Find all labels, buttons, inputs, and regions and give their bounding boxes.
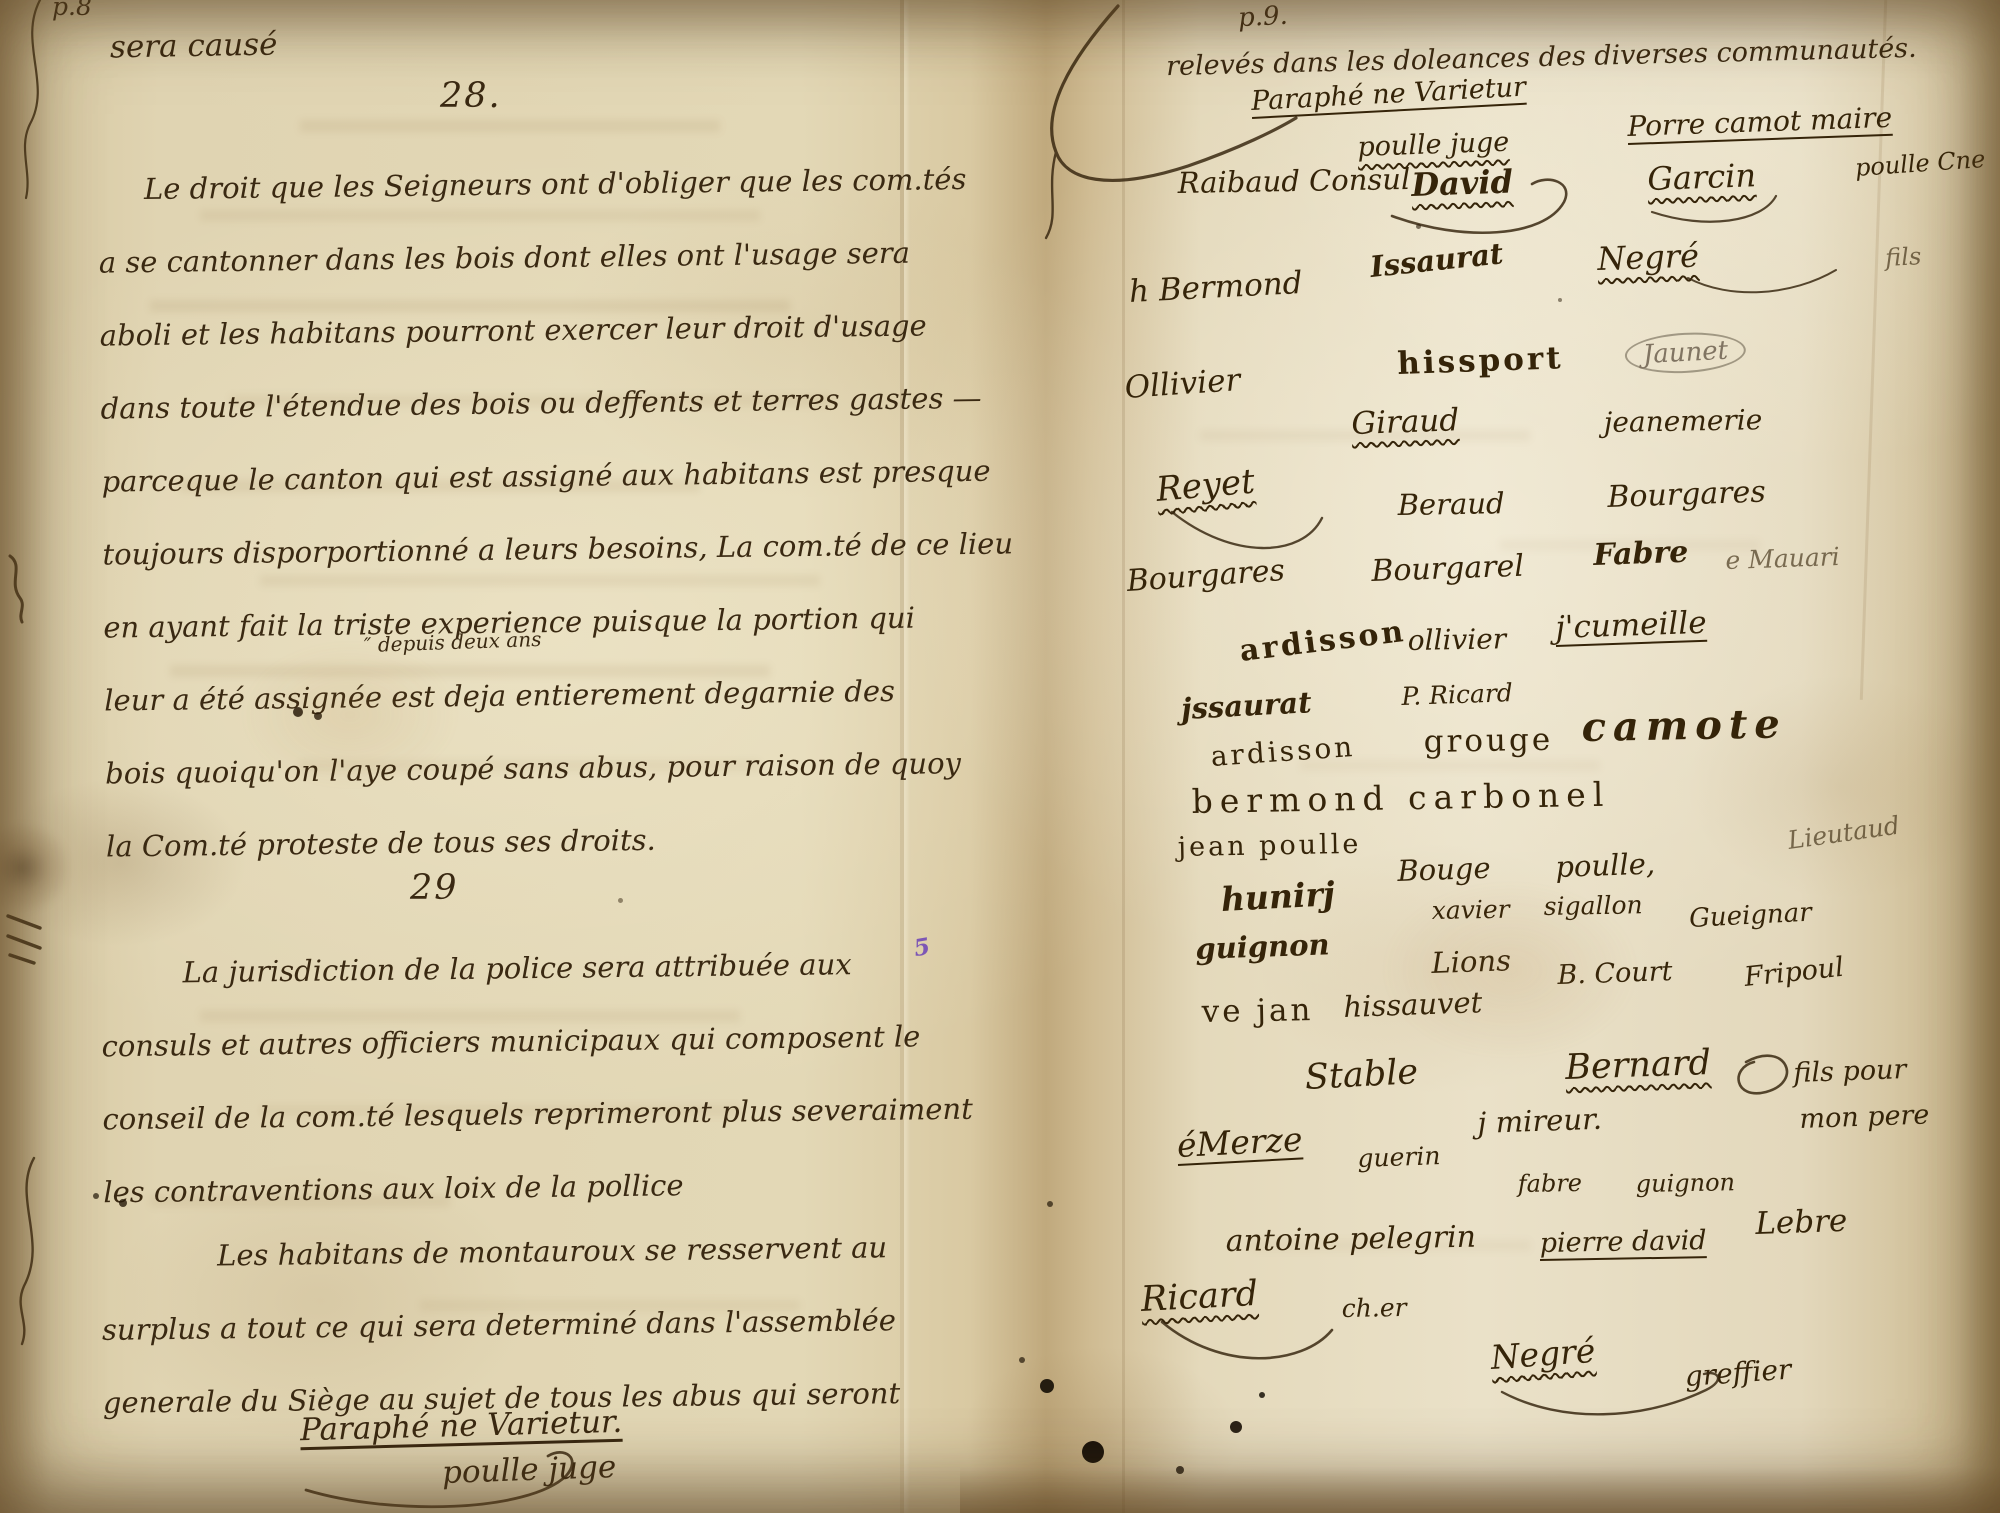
article-29-number: 29 (410, 868, 459, 908)
signature: poulle, (1555, 847, 1656, 884)
ink-spot (1230, 1421, 1242, 1433)
article-29-text: La jurisdiction de la police sera attrib… (100, 927, 974, 1230)
signature: hissport (1397, 340, 1564, 382)
signature: j mireur. (1477, 1102, 1603, 1140)
edge-stain (0, 822, 72, 914)
manuscript-line: conseil de la com.té lesquels reprimeron… (102, 1073, 973, 1157)
page-number-right: p.9. (1237, 1, 1288, 34)
signature: Ricard (1140, 1274, 1259, 1320)
manuscript-line: Le droit que les Seigneurs ont d'obliger… (98, 142, 1009, 226)
signature: Negré (1489, 1331, 1596, 1377)
article-28-number: 28. (440, 76, 502, 116)
bottom-curl-shadow (960, 1467, 2000, 1513)
left-paraphe-judge-signature: poulle juge (441, 1449, 616, 1491)
signature: ardisson (1210, 730, 1357, 773)
signature: Bouge (1397, 851, 1491, 888)
signature: Issaurat (1368, 236, 1504, 284)
gutter-crease (1122, 0, 1125, 1513)
signature: fabre (1518, 1169, 1583, 1198)
signature: David (1411, 162, 1514, 204)
catchword: sera causé (110, 27, 278, 66)
ink-spot (1558, 298, 1562, 302)
signature: Jaunet (1624, 330, 1747, 376)
signature: Lieutaud (1786, 811, 1902, 855)
signature: hunirj (1220, 874, 1336, 919)
signature: Bourgarel (1371, 549, 1525, 589)
signature: Reyet (1155, 462, 1257, 510)
ink-spot (1019, 1357, 1025, 1363)
signature: jeanemerie (1603, 403, 1762, 439)
signature: greffier (1684, 1353, 1793, 1393)
signature: Fripoul (1743, 952, 1846, 993)
signature: guignon (1195, 927, 1330, 966)
ink-spot (1047, 1201, 1053, 1207)
signature: éMerze (1176, 1119, 1303, 1165)
signature: Bourgares (1126, 553, 1286, 599)
signature: ollivier (1407, 622, 1506, 657)
closing-text: Les habitans de montauroux se resservent… (101, 1211, 901, 1440)
ink-spot (1416, 224, 1421, 229)
signature: Stable (1304, 1052, 1419, 1098)
manuscript-line: surplus a tout ce qui sera determiné dan… (102, 1284, 900, 1367)
signature: pierre david (1539, 1225, 1706, 1259)
page-number-left: p.8 (52, 0, 92, 21)
ink-spot (1040, 1379, 1054, 1393)
signature: Beraud (1397, 486, 1504, 522)
manuscript-line: La jurisdiction de la police sera attrib… (100, 927, 971, 1011)
manuscript-line: dans toute l'étendue des bois ou deffent… (100, 361, 1011, 445)
ink-spot (1082, 1441, 1104, 1463)
ink-spot (618, 898, 623, 903)
manuscript-line: a se cantonner dans les bois dont elles … (98, 215, 1009, 299)
manuscript-line: aboli et les habitans pourront exercer l… (99, 288, 1010, 372)
manuscript-line: en ayant fait la triste experience puisq… (103, 580, 1014, 664)
manuscript-line: leur a été assignée est deja entierement… (104, 653, 1015, 737)
signature: fils pour (1793, 1054, 1907, 1089)
signature: Giraud (1351, 402, 1460, 442)
signature: Bernard (1565, 1043, 1712, 1088)
signature: Raibaud Consul (1177, 162, 1410, 200)
signature: Fabre (1593, 535, 1689, 573)
signature: ardisson (1238, 614, 1408, 669)
manuscript-spread: p.8 sera causé 28. Le droit que les Seig… (0, 0, 2000, 1513)
ink-spot (1259, 1392, 1265, 1398)
signature: camote (1581, 700, 1787, 751)
signature: Bourgares (1607, 474, 1766, 515)
right-page-header: relevés dans les doleances des diverses … (1166, 33, 1917, 82)
signature: bermond carbonel (1191, 775, 1610, 821)
signature: P. Ricard (1401, 678, 1513, 711)
signature: guignon (1636, 1168, 1736, 1198)
bleed-through-bar (300, 120, 720, 132)
signature: jssaurat (1180, 685, 1312, 726)
manuscript-line: bois quoiqu'on l'aye coupé sans abus, po… (105, 726, 1016, 810)
left-paraphe-line1: Paraphé ne Varietur. (300, 1404, 623, 1448)
manuscript-line: parceque le canton qui est assigné aux h… (101, 434, 1012, 518)
signature: mon pere (1799, 1099, 1930, 1135)
signature: jean poulle (1177, 829, 1361, 863)
manuscript-line: toujours disporportionné a leurs besoins… (102, 507, 1013, 591)
signature: fils (1885, 242, 1922, 272)
manuscript-line: la Com.té proteste de tous ses droits. (106, 799, 1017, 883)
signature: B. Court (1557, 956, 1673, 991)
signature: Negré (1597, 236, 1700, 278)
ink-spot (1176, 1466, 1184, 1474)
signature: ve jan (1201, 992, 1313, 1030)
signature: Porre camot maire (1627, 101, 1893, 143)
manuscript-line: Les habitans de montauroux se resservent… (101, 1211, 899, 1294)
signature: poulle Cne (1854, 145, 1986, 182)
ink-spot (93, 1193, 99, 1199)
signature: xavier (1431, 895, 1509, 925)
signature: Lebre (1755, 1203, 1848, 1242)
signature: Ollivier (1123, 362, 1241, 406)
signature: hissauvet (1343, 985, 1483, 1024)
article-28-text: Le droit que les Seigneurs ont d'obliger… (98, 142, 1017, 883)
signature: Gueignar (1688, 898, 1812, 934)
signature: guerin (1357, 1141, 1441, 1173)
signature: h Bermond (1128, 265, 1303, 310)
signature: antoine pelegrin (1225, 1220, 1476, 1259)
signature: Lions (1431, 943, 1512, 980)
manuscript-line: consuls et autres officiers municipaux q… (101, 1000, 972, 1084)
signature: grouge (1423, 722, 1553, 760)
signature: ch.er (1341, 1293, 1406, 1323)
signature: sigallon (1543, 890, 1642, 921)
signature: j'cumeille (1555, 605, 1707, 646)
signature: e Mauari (1725, 542, 1840, 575)
signature: Garcin (1647, 156, 1757, 198)
signature: poulle juge (1357, 127, 1510, 163)
